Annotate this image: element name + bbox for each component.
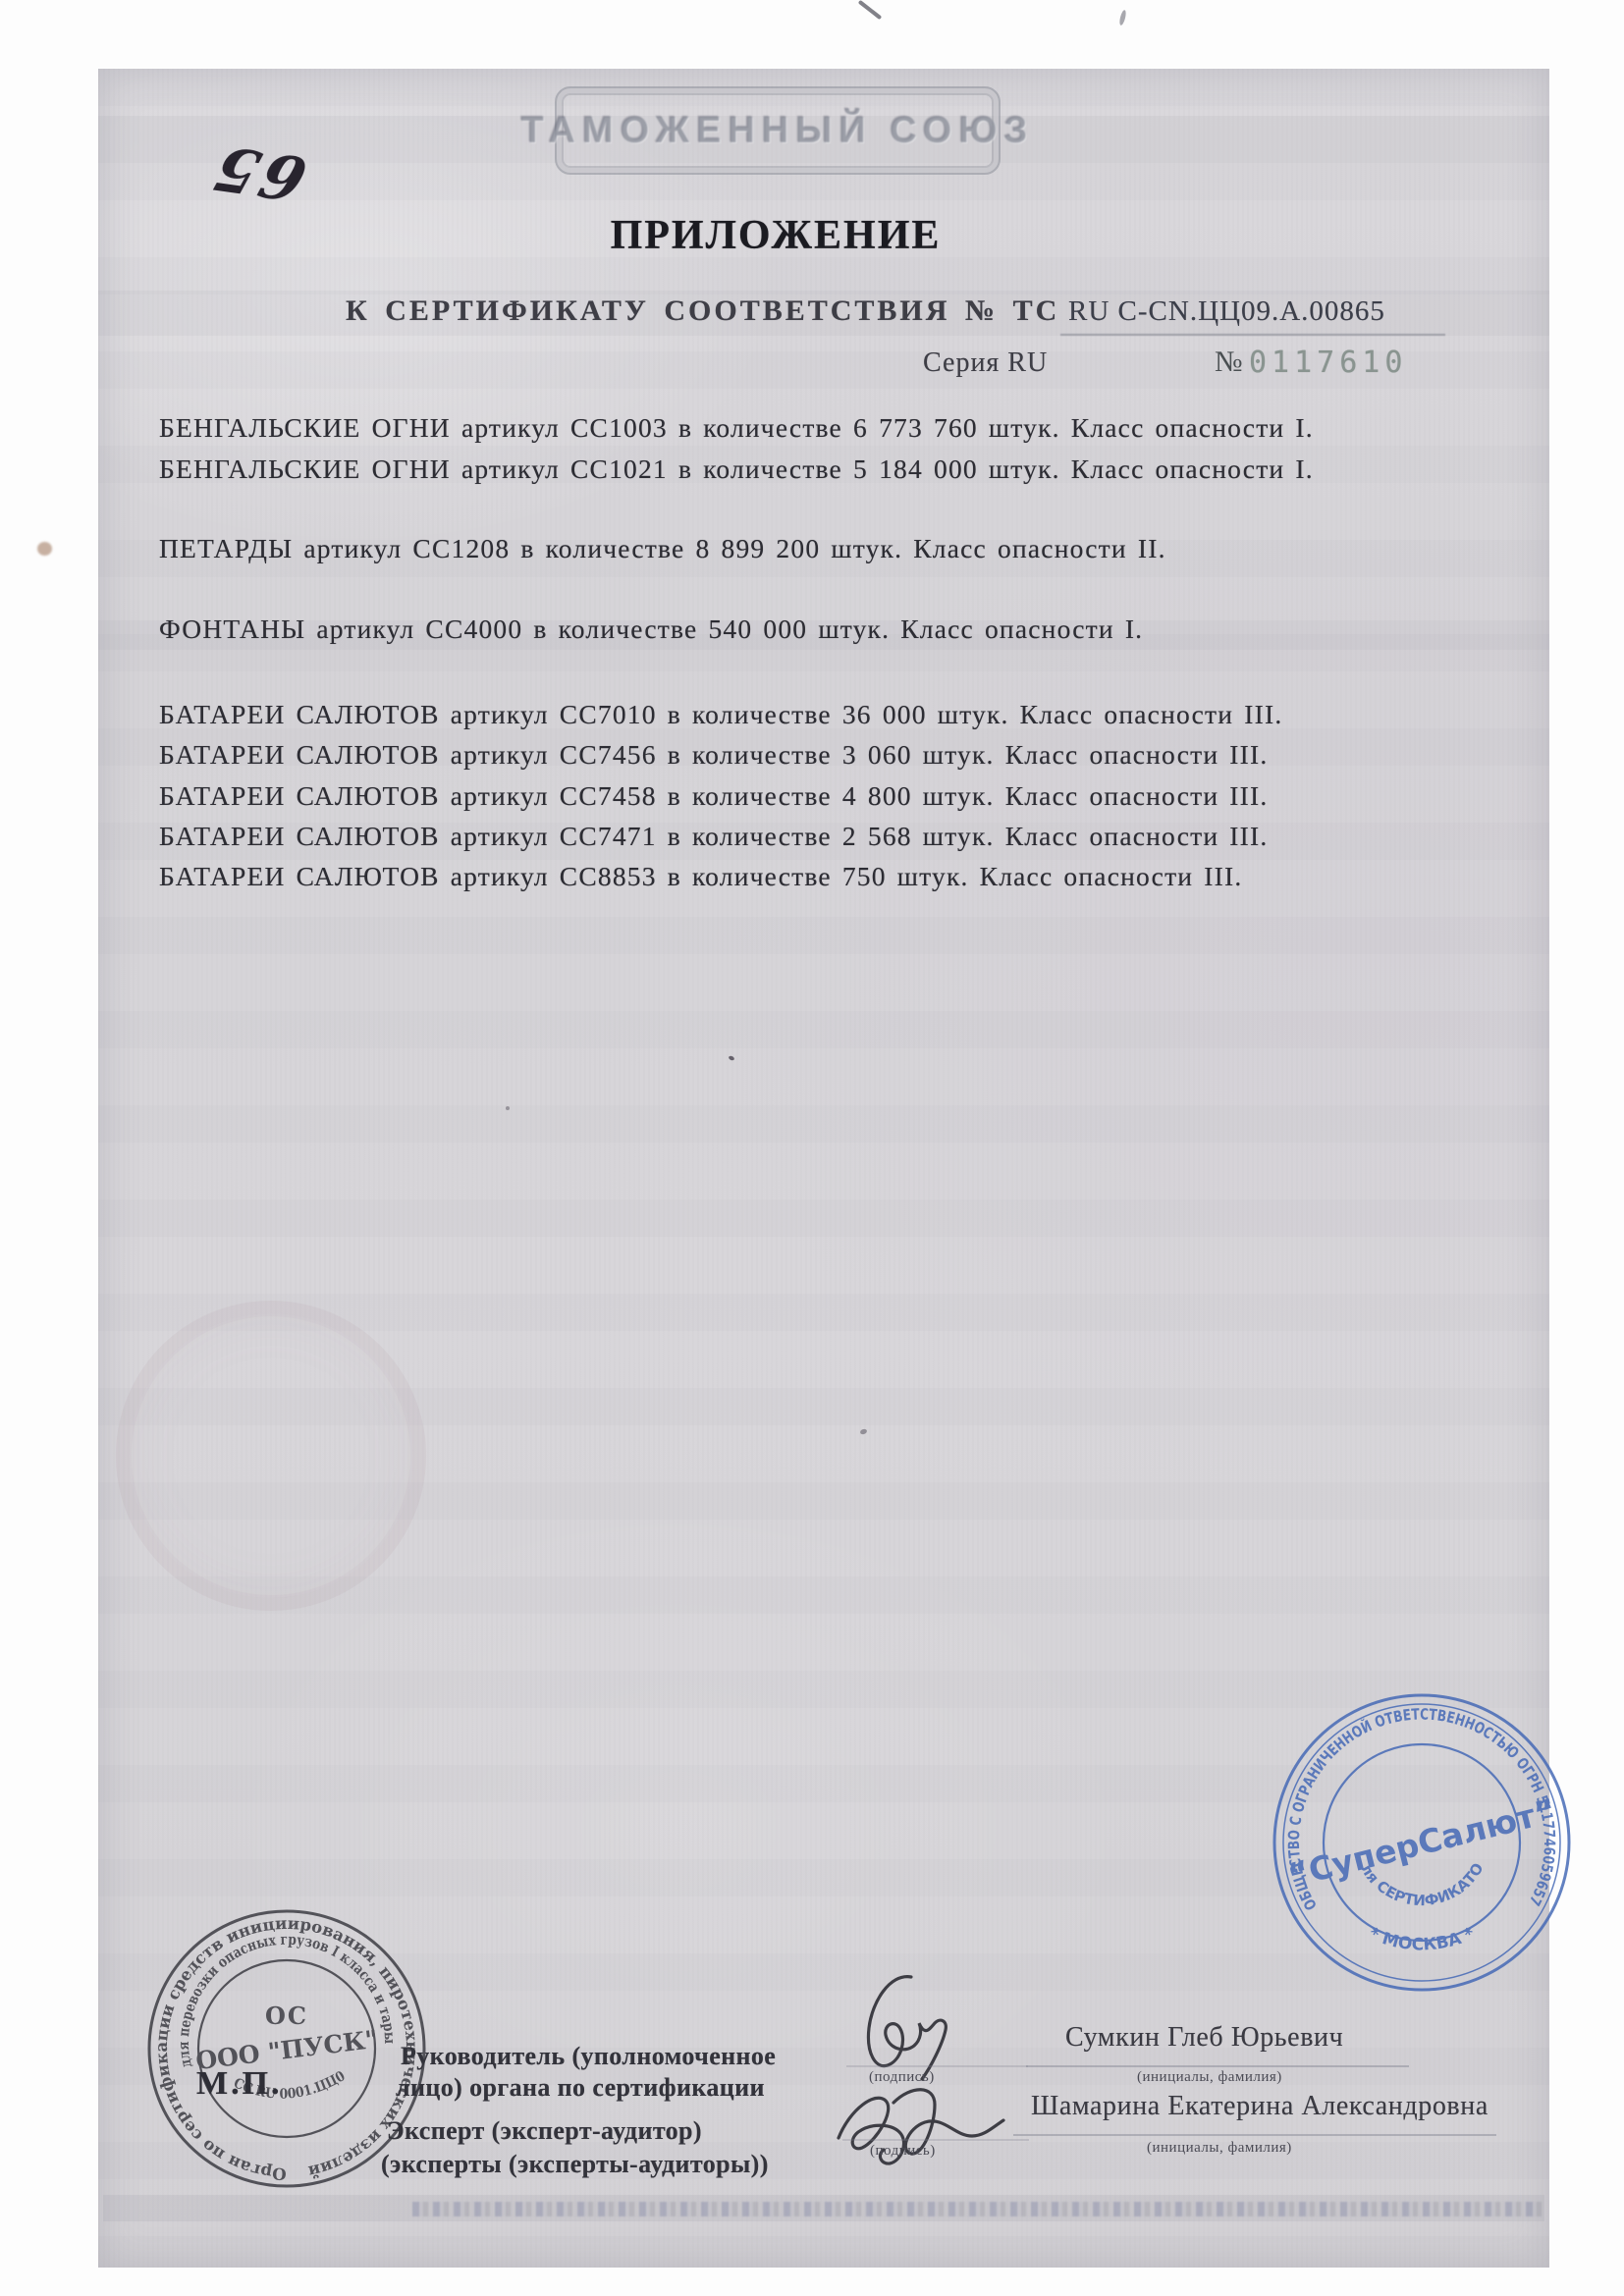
mp-seal-mark: М.П. bbox=[196, 2065, 283, 2103]
series-number: 0117610 bbox=[1249, 346, 1407, 380]
blue-bottom-text: * МОСКВА * bbox=[1366, 1924, 1478, 1955]
margin-mark bbox=[858, 0, 883, 20]
expert-name-caption: (инициалы, фамилия) bbox=[1147, 2140, 1292, 2157]
margin-mark bbox=[1118, 10, 1127, 27]
name-underline bbox=[1026, 2065, 1409, 2067]
footer-microtext-strip bbox=[412, 2202, 1542, 2216]
stamp-center-os: ОС bbox=[265, 2002, 308, 2030]
series-numero-sign: № bbox=[1215, 346, 1243, 379]
expert-signature bbox=[833, 2081, 1009, 2174]
expert-role-line1: Эксперт (эксперт-аудитор) bbox=[387, 2116, 702, 2146]
customs-union-watermark: ТАМОЖЕННЫЙ СОЮЗ bbox=[555, 86, 1001, 175]
series-label: Серия RU bbox=[923, 347, 1048, 379]
head-role-line2: лицо) органа по сертификации bbox=[396, 2073, 765, 2103]
supersalut-stamp: ОБЩЕСТВО С ОГРАНИЧЕННОЙ ОТВЕТСТВЕННОСТЬЮ… bbox=[1265, 1685, 1579, 2000]
product-line: БАТАРЕИ САЛЮТОВ артикул СС8853 в количес… bbox=[159, 861, 1242, 892]
page-title: ПРИЛОЖЕНИЕ bbox=[412, 212, 1139, 259]
certificate-number: RU C-CN.ЦЦ09.А.00865 bbox=[1068, 295, 1385, 328]
ink-speck bbox=[506, 1106, 510, 1110]
signature-line bbox=[842, 2139, 1029, 2141]
name-underline bbox=[1013, 2134, 1496, 2136]
signature-line bbox=[846, 2065, 1028, 2067]
product-line: БЕНГАЛЬСКИЕ ОГНИ артикул СС1021 в количе… bbox=[159, 454, 1314, 485]
product-line: БАТАРЕИ САЛЮТОВ артикул СС7010 в количес… bbox=[159, 699, 1282, 730]
blue-center-text: “СуперСалют” bbox=[1284, 1791, 1560, 1896]
product-line: ФОНТАНЫ артикул СС4000 в количестве 540 … bbox=[159, 614, 1143, 645]
product-line: ПЕТАРДЫ артикул СС1208 в количестве 8 89… bbox=[159, 533, 1166, 564]
certificate-prefix: К СЕРТИФИКАТУ СООТВЕТСТВИЯ № ТС bbox=[346, 294, 1059, 328]
svg-text:* МОСКВА *: * МОСКВА * bbox=[1366, 1924, 1478, 1955]
product-line: БАТАРЕИ САЛЮТОВ артикул СС7458 в количес… bbox=[159, 780, 1268, 812]
expert-name: Шамарина Екатерина Александровна bbox=[1031, 2091, 1489, 2122]
head-role-line1: Руководитель (уполномоченное bbox=[401, 2042, 776, 2071]
signature-caption: (подпись) bbox=[870, 2143, 936, 2160]
head-name-caption: (инициалы, фамилия) bbox=[1137, 2069, 1282, 2086]
customs-union-watermark-text: ТАМОЖЕННЫЙ СОЮЗ bbox=[521, 110, 1035, 152]
product-line: БАТАРЕИ САЛЮТОВ артикул СС7456 в количес… bbox=[159, 739, 1268, 771]
expert-role-line2: (эксперты (эксперты-аудиторы)) bbox=[381, 2150, 769, 2179]
scanned-certificate-appendix: ТАМОЖЕННЫЙ СОЮЗ 65 ПРИЛОЖЕНИЕ К СЕРТИФИК… bbox=[0, 0, 1624, 2296]
paper-smudge bbox=[37, 542, 52, 556]
head-name: Сумкин Глеб Юрьевич bbox=[1065, 2022, 1343, 2054]
product-line: БЕНГАЛЬСКИЕ ОГНИ артикул СС1003 в количе… bbox=[159, 412, 1314, 444]
certificate-number-underline bbox=[1060, 334, 1445, 336]
product-line: БАТАРЕИ САЛЮТОВ артикул СС7471 в количес… bbox=[159, 821, 1268, 852]
